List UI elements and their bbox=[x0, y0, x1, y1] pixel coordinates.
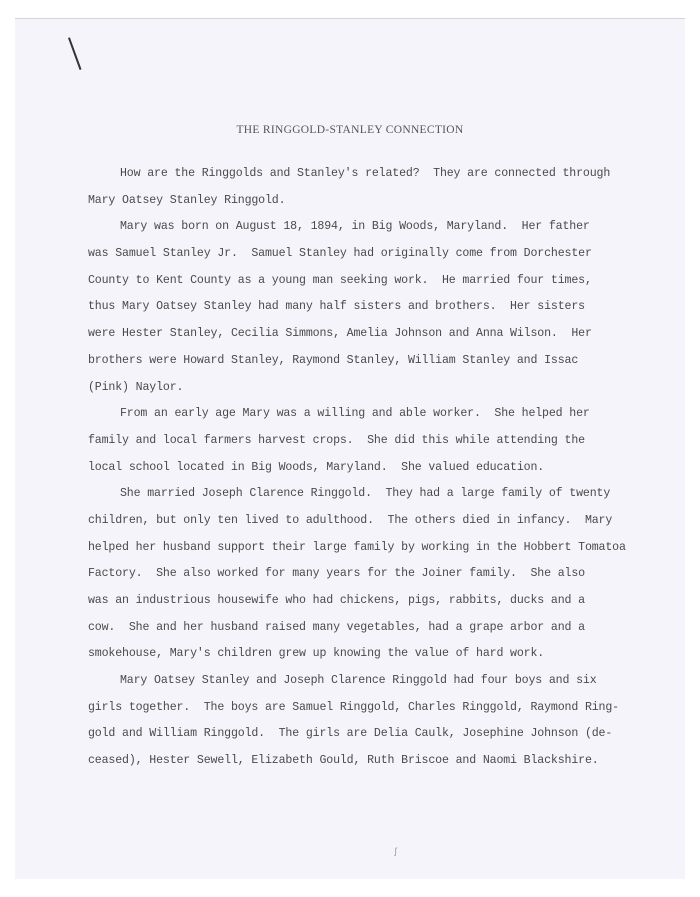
text-line: Mary was born on August 18, 1894, in Big… bbox=[88, 214, 618, 241]
text-line: were Hester Stanley, Cecilia Simmons, Am… bbox=[88, 321, 618, 348]
text-line: How are the Ringgolds and Stanley's rela… bbox=[88, 161, 618, 188]
text-line: was an industrious housewife who had chi… bbox=[88, 588, 618, 615]
text-line: ceased), Hester Sewell, Elizabeth Gould,… bbox=[88, 748, 618, 775]
text-line: Mary Oatsey Stanley Ringgold. bbox=[88, 188, 618, 215]
text-line: children, but only ten lived to adulthoo… bbox=[88, 508, 618, 535]
paragraph: From an early age Mary was a willing and… bbox=[88, 401, 618, 481]
text-line: family and local farmers harvest crops. … bbox=[88, 428, 618, 455]
text-line: gold and William Ringgold. The girls are… bbox=[88, 721, 618, 748]
text-line: Mary Oatsey Stanley and Joseph Clarence … bbox=[88, 668, 618, 695]
text-line: helped her husband support their large f… bbox=[88, 535, 618, 562]
text-line: From an early age Mary was a willing and… bbox=[88, 401, 618, 428]
text-line: smokehouse, Mary's children grew up know… bbox=[88, 641, 618, 668]
text-line: County to Kent County as a young man see… bbox=[88, 268, 618, 295]
paragraph: Mary Oatsey Stanley and Joseph Clarence … bbox=[88, 668, 618, 775]
text-line: thus Mary Oatsey Stanley had many half s… bbox=[88, 294, 618, 321]
text-line: girls together. The boys are Samuel Ring… bbox=[88, 695, 618, 722]
text-line: Factory. She also worked for many years … bbox=[88, 561, 618, 588]
text-line: cow. She and her husband raised many veg… bbox=[88, 615, 618, 642]
text-line: brothers were Howard Stanley, Raymond St… bbox=[88, 348, 618, 375]
stray-mark: ʃ bbox=[393, 847, 398, 857]
document-title: THE RINGGOLD-STANLEY CONNECTION bbox=[0, 124, 700, 136]
text-line: local school located in Big Woods, Maryl… bbox=[88, 455, 618, 482]
paragraph: She married Joseph Clarence Ringgold. Th… bbox=[88, 481, 618, 668]
document-body: How are the Ringgolds and Stanley's rela… bbox=[88, 161, 618, 775]
paragraph: Mary was born on August 18, 1894, in Big… bbox=[88, 214, 618, 401]
paragraph: How are the Ringgolds and Stanley's rela… bbox=[88, 161, 618, 214]
text-line: (Pink) Naylor. bbox=[88, 375, 618, 402]
text-line: was Samuel Stanley Jr. Samuel Stanley ha… bbox=[88, 241, 618, 268]
text-line: She married Joseph Clarence Ringgold. Th… bbox=[88, 481, 618, 508]
